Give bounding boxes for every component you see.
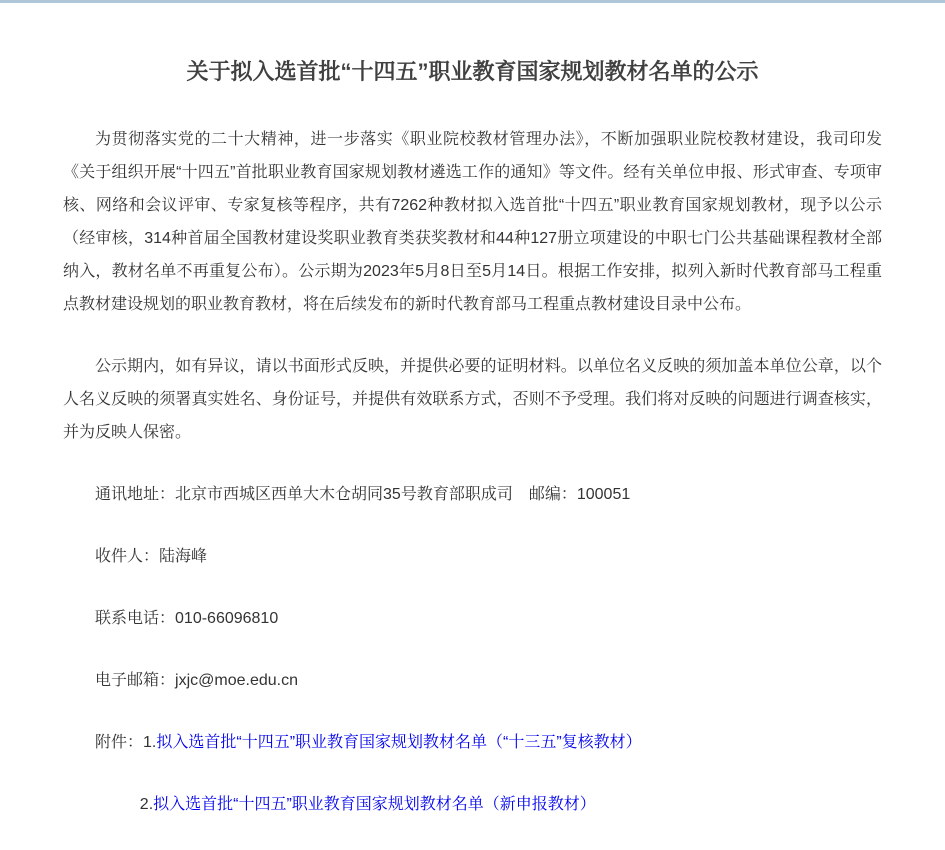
attachment-link-2[interactable]: 拟入选首批“十四五”职业教育国家规划教材名单（新申报教材） [153, 796, 596, 813]
top-accent-bar [0, 0, 945, 3]
contact-address-line: 通讯地址：北京市西城区西单大木仓胡同35号教育部职成司 邮编：100051 [63, 478, 882, 511]
postcode-label: 邮编： [513, 486, 577, 503]
phone-value: 010-66096810 [175, 610, 278, 627]
attachment-link-1[interactable]: 拟入选首批“十四五”职业教育国家规划教材名单（“十三五”复核教材） [156, 734, 641, 751]
contact-email-line: 电子邮箱：jxjc@moe.edu.cn [63, 664, 882, 697]
attachment-number-1: 1. [143, 734, 156, 751]
attachment-line-1: 附件：1.拟入选首批“十四五”职业教育国家规划教材名单（“十三五”复核教材） [63, 726, 882, 759]
contact-recipient-line: 收件人：陆海峰 [63, 540, 882, 573]
attachment-line-2: 2.拟入选首批“十四五”职业教育国家规划教材名单（新申报教材） [63, 788, 882, 821]
address-label: 通讯地址： [95, 486, 175, 503]
postcode-value: 100051 [577, 486, 630, 503]
attachments-label: 附件： [95, 734, 143, 751]
paragraph-selection-process: 为贯彻落实党的二十大精神，进一步落实《职业院校教材管理办法》，不断加强职业院校教… [63, 123, 882, 321]
address-value: 北京市西城区西单大木仓胡同35号教育部职成司 [175, 486, 513, 503]
notice-page: 关于拟入选首批“十四五”职业教育国家规划教材名单的公示 为贯彻落实党的二十大精神… [0, 0, 945, 850]
recipient-value: 陆海峰 [159, 548, 207, 565]
email-label: 电子邮箱： [95, 672, 175, 689]
email-value: jxjc@moe.edu.cn [175, 672, 298, 689]
contact-phone-line: 联系电话：010-66096810 [63, 602, 882, 635]
page-title: 关于拟入选首批“十四五”职业教育国家规划教材名单的公示 [63, 55, 882, 88]
recipient-label: 收件人： [95, 548, 159, 565]
attachment-number-2: 2. [140, 796, 153, 813]
phone-label: 联系电话： [95, 610, 175, 627]
notice-document: 关于拟入选首批“十四五”职业教育国家规划教材名单的公示 为贯彻落实党的二十大精神… [63, 55, 882, 821]
paragraph-objection-instructions: 公示期内，如有异议，请以书面形式反映，并提供必要的证明材料。以单位名义反映的须加… [63, 350, 882, 449]
